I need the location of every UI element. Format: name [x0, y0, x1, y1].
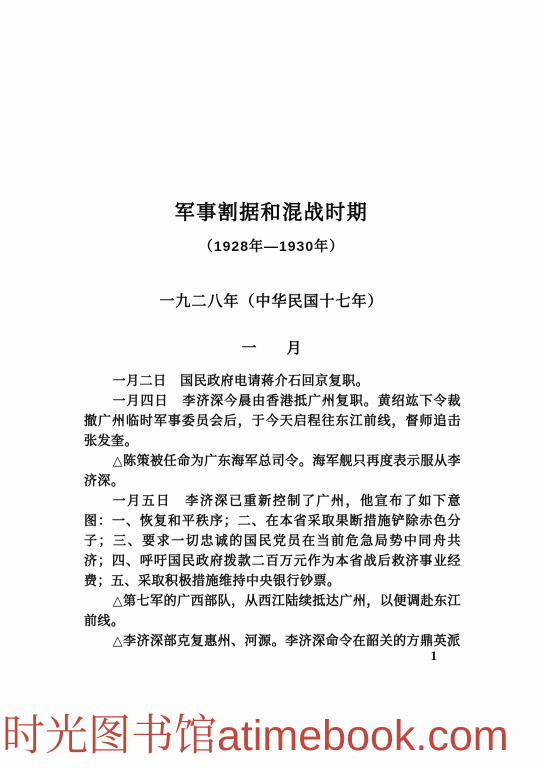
entry-text: △陈策被任命为广东海军总司令。海军舰只再度表示服从李济深。: [84, 453, 461, 488]
entry-text: △第七军的广西部队，从西江陆续抵达广州，以便调赴东江前线。: [84, 593, 461, 628]
year-heading: 一九二八年（中华民国十七年）: [0, 290, 543, 311]
entry-paragraph: 一月五日 李济深已重新控制了广州，他宣布了如下意图：一、恢复和平秩序；二、在本省…: [84, 491, 461, 591]
watermark-text: 时光图书馆atimebook.com: [2, 713, 543, 760]
chronicle-body: 一月二日 国民政府电请蒋介石回京复职。 一月四日 李济深今晨由香港抵广州复职。黄…: [84, 371, 461, 651]
entry-paragraph: △陈策被任命为广东海军总司令。海军舰只再度表示服从李济深。: [84, 451, 461, 491]
chapter-title: 军事割据和混战时期: [0, 196, 543, 225]
entry-paragraph: 一月四日 李济深今晨由香港抵广州复职。黄绍竑下令裁撤广州临时军事委员会后，于今天…: [84, 391, 461, 451]
entry-date: 一月四日: [113, 393, 183, 408]
month-heading: 一 月: [0, 337, 543, 358]
entry-paragraph: 一月二日 国民政府电请蒋介石回京复职。: [84, 371, 461, 391]
page-number: 1: [84, 648, 461, 664]
chapter-subtitle: （1928年—1930年）: [0, 236, 543, 256]
entry-date: 一月五日: [113, 493, 186, 508]
entry-text: △李济深部克复惠州、河源。李济深命令在韶关的方鼎英派: [113, 633, 461, 648]
entry-text: 国民政府电请蒋介石回京复职。: [180, 373, 369, 388]
book-page: 军事割据和混战时期 （1928年—1930年） 一九二八年（中华民国十七年） 一…: [0, 0, 543, 768]
entry-paragraph: △第七军的广西部队，从西江陆续抵达广州，以便调赴东江前线。: [84, 591, 461, 631]
entry-date: 一月二日: [113, 373, 181, 388]
